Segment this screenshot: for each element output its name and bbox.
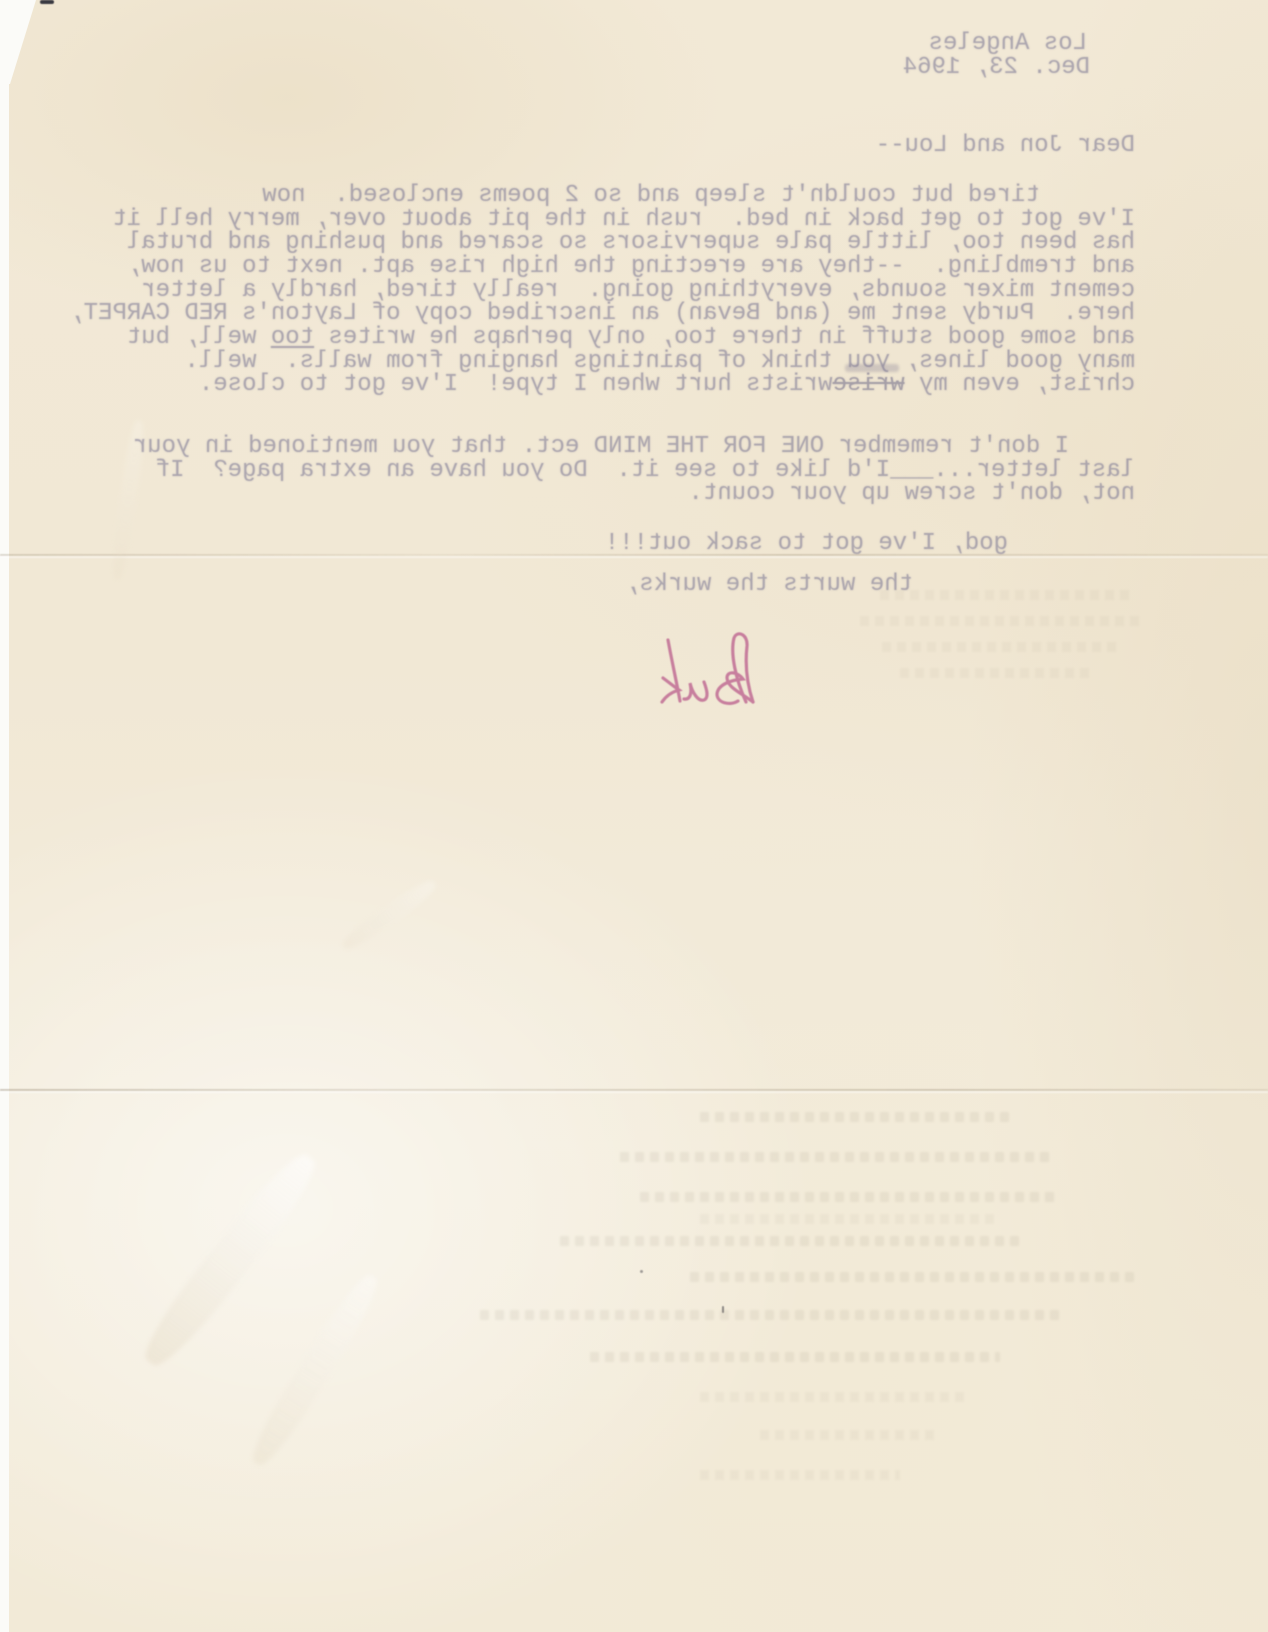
faint-impression-line [760, 1430, 940, 1440]
line-text: and some good stuff in there too, only p… [314, 324, 1135, 351]
line-text: christ, even my [905, 371, 1135, 398]
faint-impression-line [700, 1470, 900, 1480]
struck-out-word: wrise [833, 373, 905, 397]
letter-place: Los Angeles [929, 32, 1087, 56]
faint-impression-line [900, 668, 1095, 678]
letter-line: and trembling. --they are erecting the h… [127, 255, 1135, 279]
faint-impression-line [640, 1192, 1060, 1202]
letter-line: tired but couldn't sleep and so 2 poems … [262, 184, 1040, 208]
letter-line: christ, even my wrisewrists hurt when I … [199, 373, 1135, 397]
faint-impression-line [700, 1112, 1010, 1122]
faint-impression-line [880, 590, 1135, 600]
overtype-mark [845, 364, 899, 372]
line-text: wrists hurt when I type! I've got to clo… [199, 371, 833, 398]
faint-impression-line [700, 1392, 965, 1402]
faint-impression-line [882, 642, 1117, 652]
signature-buk [610, 628, 780, 718]
letter-line: has been too, little pale supervisors so… [127, 231, 1135, 255]
faint-impression-line [860, 616, 1145, 626]
letter-line: here. Purdy sent me (and Bevan) an inscr… [69, 302, 1135, 326]
mirrored-letter-content: Los Angeles Dec. 23, 1964 Dear Jon and L… [0, 0, 1268, 1632]
faint-impression-line [690, 1272, 1140, 1282]
letter-date: Dec. 23, 1964 [903, 56, 1090, 80]
letter-line: and some good stuff in there too, only p… [127, 326, 1135, 350]
sackout-line: god, I've got to sack out!!! [605, 532, 1008, 556]
underlined-word: too [271, 324, 314, 351]
faint-impression-line [590, 1352, 1000, 1362]
faint-impression-line [560, 1236, 1025, 1246]
letter-line: not, don't screw up your count. [689, 482, 1135, 506]
letter-line: I don't remember ONE FOR THE MIND ect. t… [133, 435, 1069, 459]
letter-salutation: Dear Jon and Lou-- [876, 134, 1135, 158]
faint-impression-line [620, 1152, 1050, 1162]
letter-scan: Los Angeles Dec. 23, 1964 Dear Jon and L… [0, 0, 1268, 1632]
faint-impression-line [480, 1310, 1065, 1320]
wurks-line: the wurts the wurks, [625, 573, 913, 597]
line-text: well, but [127, 324, 271, 351]
faint-impression-line [700, 1214, 1000, 1224]
